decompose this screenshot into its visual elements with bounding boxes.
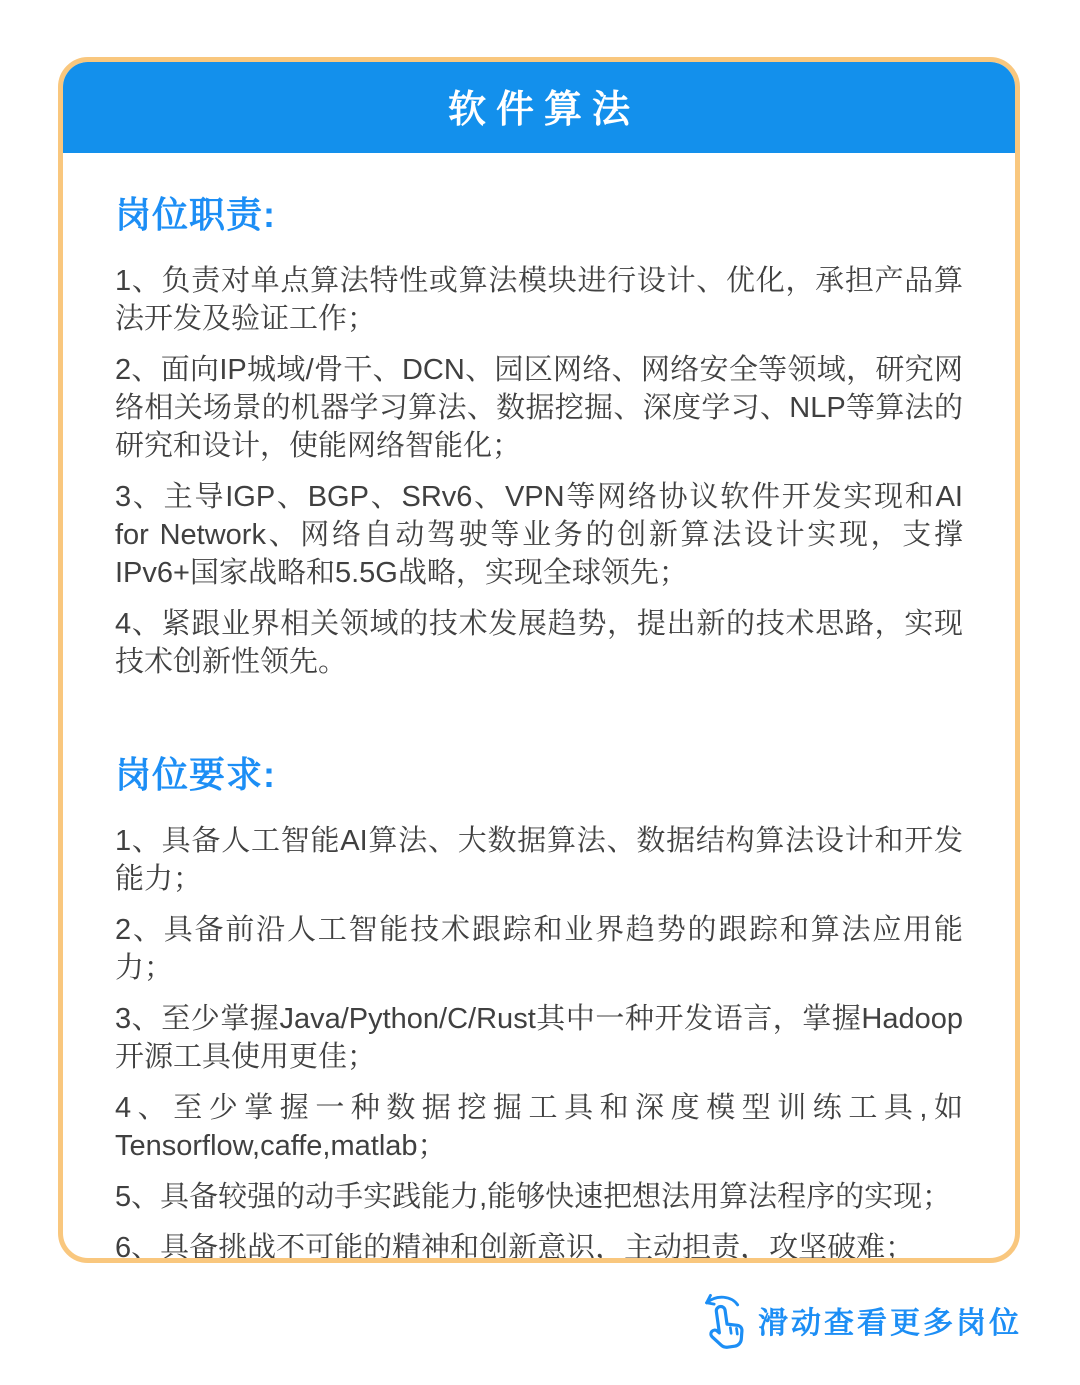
swipe-more-label: 滑动查看更多岗位 xyxy=(758,1298,1022,1342)
requirement-item: 5、具备较强的动手实践能力,能够快速把想法用算法程序的实现； xyxy=(115,1178,963,1216)
page: { "header": { "title": "软件算法" }, "sectio… xyxy=(0,0,1080,1385)
job-card: 软件算法 岗位职责: 1、负责对单点算法特性或算法模块进行设计、优化，承担产品算… xyxy=(58,57,1020,1263)
responsibility-item: 1、负责对单点算法特性或算法模块进行设计、优化，承担产品算法开发及验证工作； xyxy=(115,262,963,338)
card-content: 岗位职责: 1、负责对单点算法特性或算法模块进行设计、优化，承担产品算法开发及验… xyxy=(63,153,1015,1263)
responsibility-item: 4、紧跟业界相关领域的技术发展趋势，提出新的技术思路，实现技术创新性领先。 xyxy=(115,605,963,681)
section-heading-requirements: 岗位要求: xyxy=(115,753,963,796)
responsibility-item: 2、面向IP城域/骨干、DCN、园区网络、网络安全等领域，研究网络相关场景的机器… xyxy=(115,351,963,465)
swipe-more-hint[interactable]: 滑动查看更多岗位 xyxy=(698,1290,1022,1350)
requirement-item: 2、具备前沿人工智能技术跟踪和业界趋势的跟踪和算法应用能力； xyxy=(115,911,963,987)
section-heading-responsibilities: 岗位职责: xyxy=(115,193,963,236)
requirement-item: 6、具备挑战不可能的精神和创新意识，主动担责，攻坚破难； xyxy=(115,1229,963,1263)
requirement-item: 4、至少掌握一种数据挖掘工具和深度模型训练工具,如Tensorflow,caff… xyxy=(115,1089,963,1165)
card-header-band: 软件算法 xyxy=(58,57,1020,153)
responsibility-item: 3、主导IGP、BGP、SRv6、VPN等网络协议软件开发实现和AI for N… xyxy=(115,478,963,592)
job-title: 软件算法 xyxy=(438,78,640,133)
requirement-item: 3、至少掌握Java/Python/C/Rust其中一种开发语言，掌握Hadoo… xyxy=(115,1000,963,1076)
requirement-item: 1、具备人工智能AI算法、大数据算法、数据结构算法设计和开发能力； xyxy=(115,822,963,898)
swipe-left-hand-icon xyxy=(698,1290,746,1350)
